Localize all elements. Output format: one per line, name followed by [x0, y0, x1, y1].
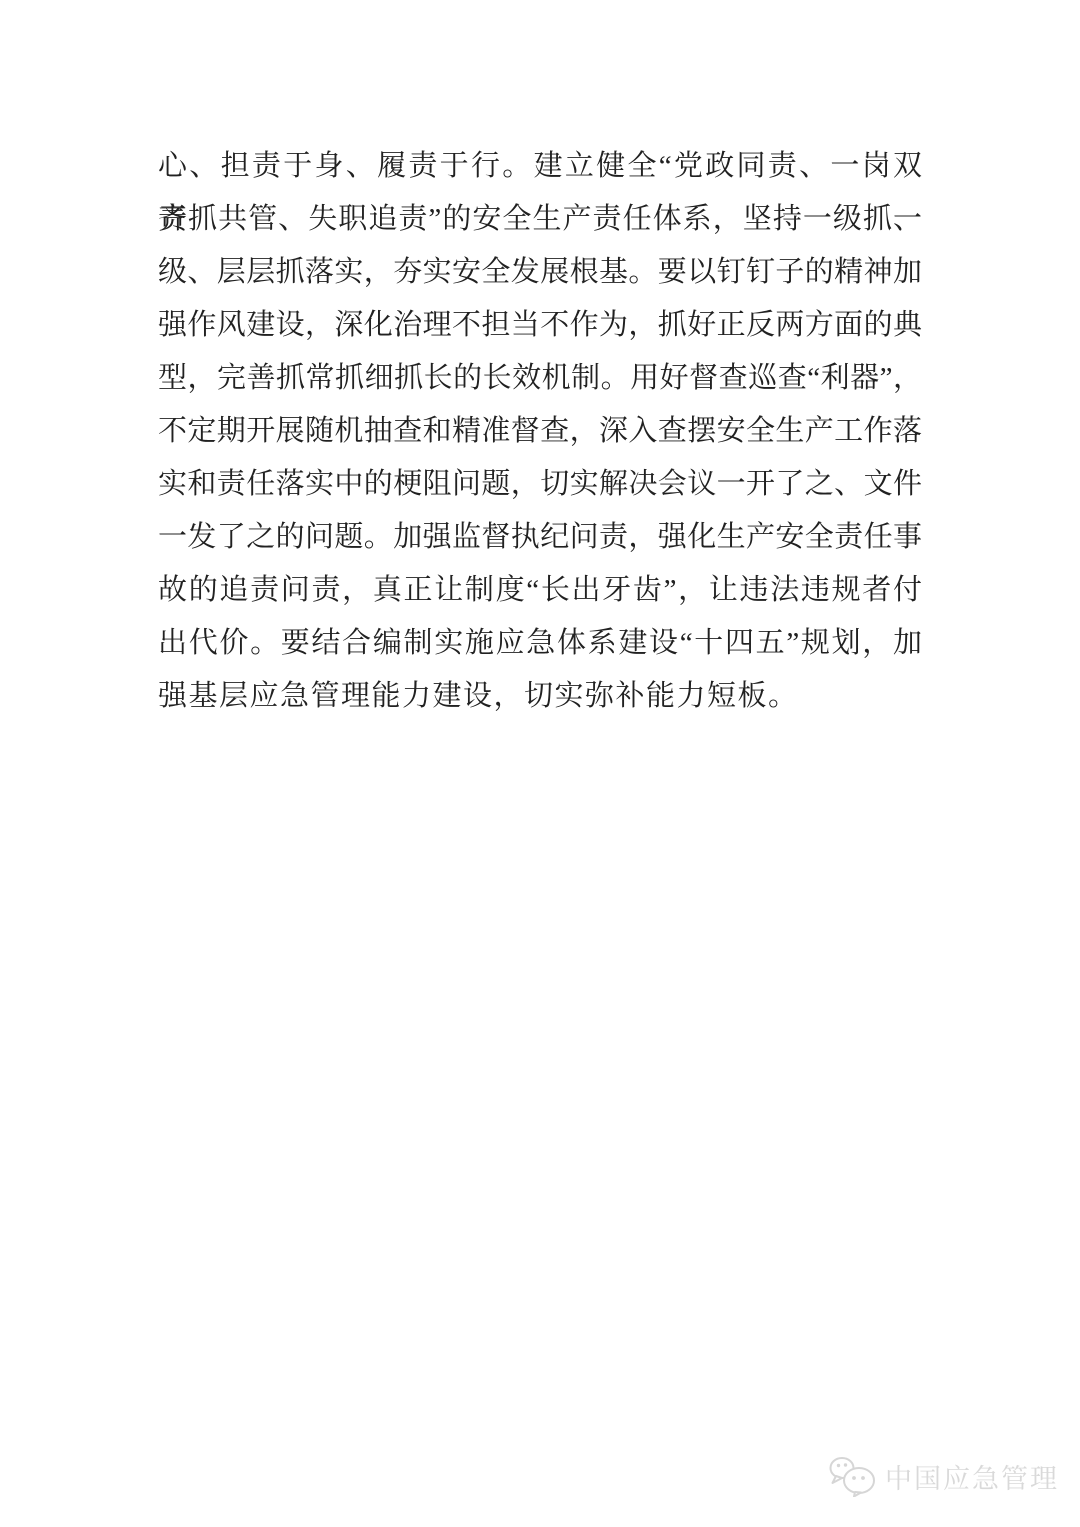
- paragraph-line: 心、担责于身、履责于行。建立健全“党政同责、一岗双责、: [158, 140, 922, 193]
- paragraph-line: 强基层应急管理能力建设，切实弥补能力短板。: [158, 670, 922, 723]
- paragraph-line: 强作风建设，深化治理不担当不作为，抓好正反两方面的典: [158, 299, 922, 352]
- paragraph-line: 级、层层抓落实，夯实安全发展根基。要以钉钉子的精神加: [158, 246, 922, 299]
- paragraph-line: 型，完善抓常抓细抓长的长效机制。用好督查巡查“利器”，: [158, 352, 922, 405]
- watermark: 中国应急管理: [828, 1452, 1059, 1500]
- paragraph-line: 故的追责问责，真正让制度“长出牙齿”，让违法违规者付: [158, 564, 922, 617]
- paragraph-line: 不定期开展随机抽查和精准督查，深入查摆安全生产工作落: [158, 405, 922, 458]
- paragraph-line: 齐抓共管、失职追责”的安全生产责任体系，坚持一级抓一: [158, 193, 922, 246]
- document-page: 心、担责于身、履责于行。建立健全“党政同责、一岗双责、 齐抓共管、失职追责”的安…: [0, 0, 1080, 1527]
- watermark-label: 中国应急管理: [885, 1457, 1059, 1496]
- paragraph-line: 一发了之的问题。加强监督执纪问责，强化生产安全责任事: [158, 511, 922, 564]
- paragraph-line: 实和责任落实中的梗阻问题，切实解决会议一开了之、文件: [158, 458, 922, 511]
- article-text: 心、担责于身、履责于行。建立健全“党政同责、一岗双责、 齐抓共管、失职追责”的安…: [158, 140, 922, 723]
- paragraph-line: 出代价。要结合编制实施应急体系建设“十四五”规划，加: [158, 617, 922, 670]
- wechat-icon: [828, 1455, 878, 1497]
